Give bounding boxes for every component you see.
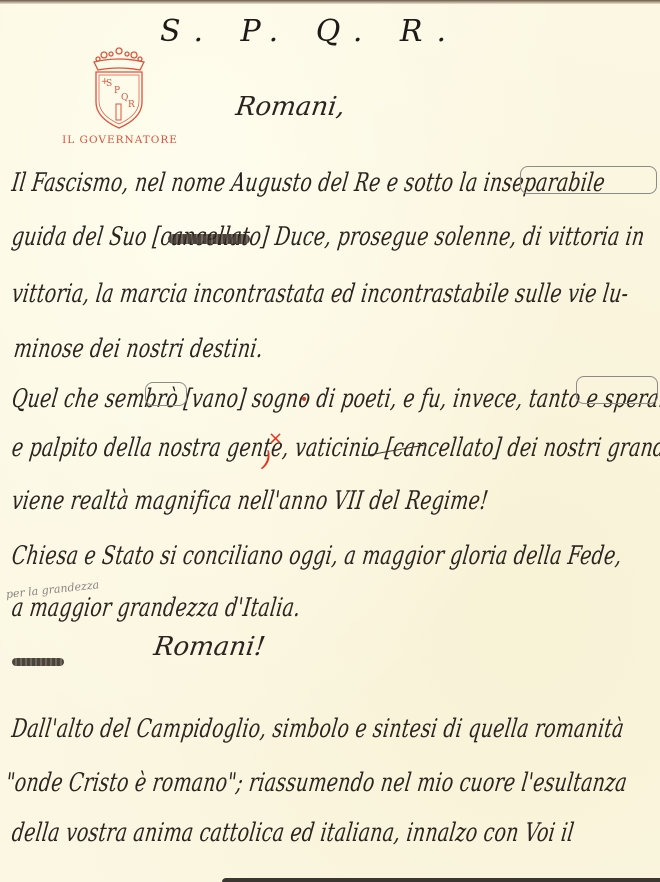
text-line-1: Il Fascismo, nel nome Augusto del Re e s… [10,168,607,198]
text-line-12: della vostra anima cattolica ed italiana… [10,818,576,848]
text-line-9: a maggior grandezza d'Italia. [10,593,302,623]
pencil-box-inseparabile [520,166,657,194]
scan-top-edge [0,0,660,4]
manuscript-page: + S P Q R IL GOVERNATORE S. P. Q. R. Rom… [0,0,660,882]
letterhead: + S P Q R IL GOVERNATORE [40,38,190,150]
crest-letter-s: S [106,79,112,89]
pencil-box-vano [145,382,187,406]
text-line-11: "onde Cristo è romano"; riassumendo nel … [4,768,629,798]
document-heading: S. P. Q. R. [160,14,460,49]
salutation-romani-2: Romani! [152,632,267,662]
svg-text:P: P [114,86,120,96]
text-line-10: Dall'alto del Campidoglio, simbolo e sin… [10,714,626,744]
scan-bottom-edge [222,878,660,882]
text-line-2: guida del Suo [cancellato] Duce, prosegu… [10,222,646,252]
text-line-6: e palpito della nostra gente, vaticinio … [10,433,660,463]
text-line-3: vittoria, la marcia incontrastata ed inc… [10,279,630,309]
pencil-box-speranza [576,376,658,404]
red-correction-dot: • [300,392,308,408]
crossed-margin-word [12,658,64,666]
text-line-8: Chiesa e Stato si conciliano oggi, a mag… [10,541,624,571]
red-correction-cross: × [268,428,283,449]
salutation-romani-1: Romani, [234,92,347,122]
text-line-4: minose dei nostri destini. [12,334,265,364]
text-line-7: viene realtà magnifica nell'anno VII del… [10,486,490,516]
letterhead-title: IL GOVERNATORE [40,134,200,146]
crossed-out-word [168,234,250,244]
svg-text:R: R [128,100,135,110]
text-line-5: Quel che sembrò [vano] sogno di poeti, e… [10,384,660,414]
spqr-crest-icon: + S P Q R [88,46,150,130]
